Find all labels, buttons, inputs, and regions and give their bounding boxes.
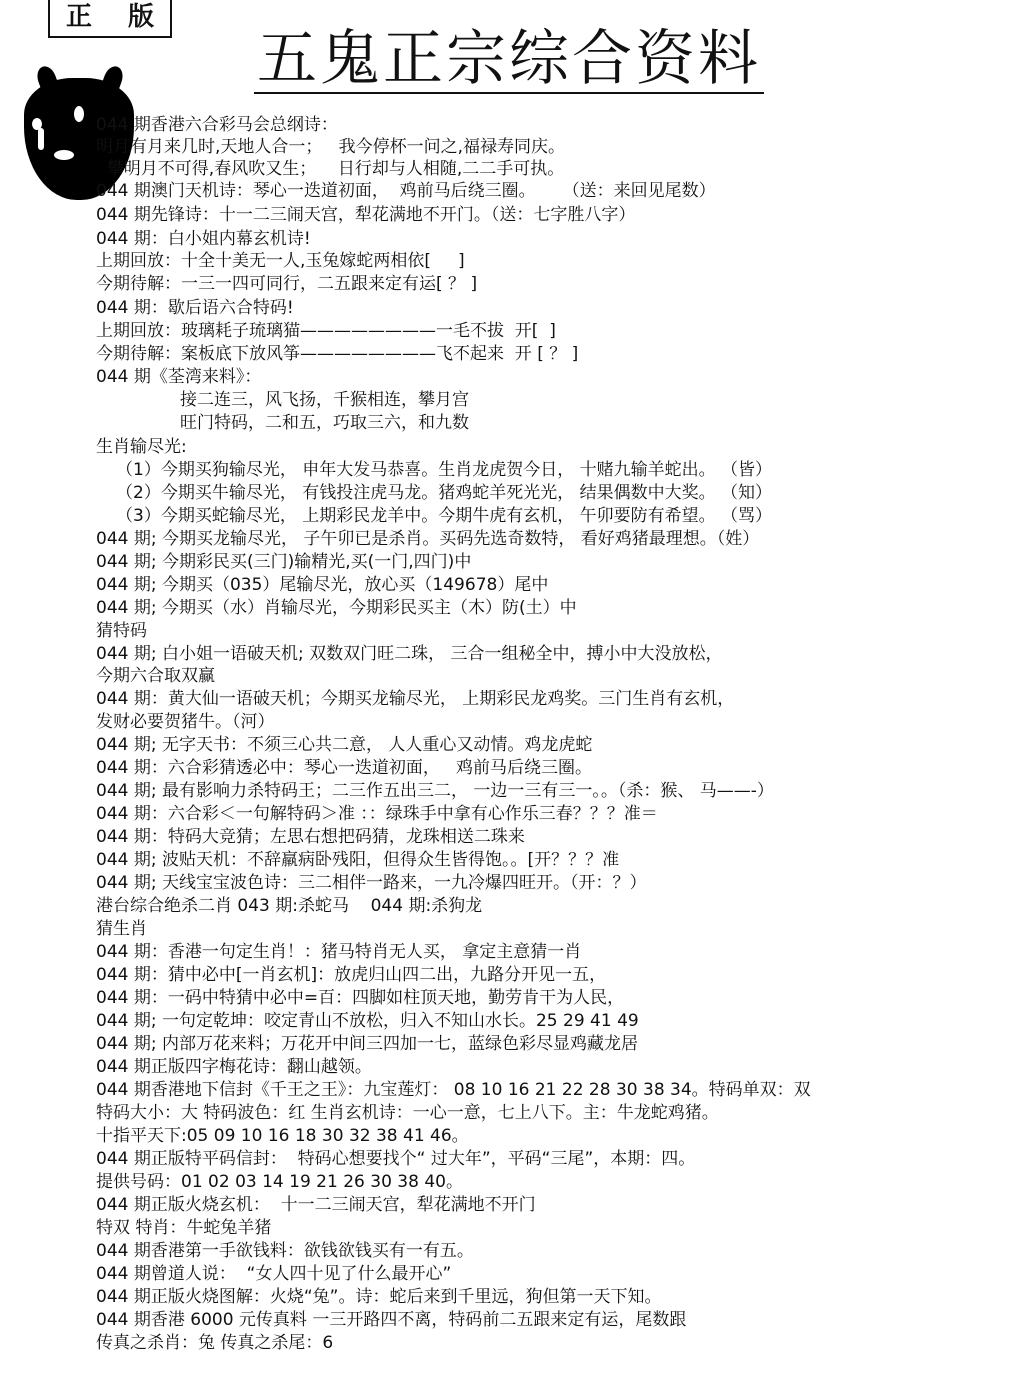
- text-line: 044 期：歇后语六合特码!: [96, 297, 294, 319]
- text-line: 明月有月来几时,天地人合一； 我今停杯一问之,福禄寿同庆。: [96, 136, 565, 158]
- text-line: 猜特码: [96, 620, 147, 642]
- text-line: 旺门特码，二和五，巧取三六，和九数: [180, 412, 469, 434]
- text-line: 提供号码：01 02 03 14 19 21 26 30 38 40。: [96, 1171, 463, 1193]
- text-line: 044 期; 今期买（水）肖输尽光，今期彩民买主（木）防(土）中: [96, 597, 577, 619]
- text-line: 攀明月不可得,春风吹又生； 日行却与人相随,二二手可执。: [96, 158, 564, 180]
- text-line: 044 期; 一句定乾坤：咬定青山不放松，归入不知山水长。25 29 41 49: [96, 1010, 639, 1032]
- text-line: 上期回放：十全十美无一人,玉兔嫁蛇两相依[ ]: [96, 250, 465, 272]
- text-line: 044 期：六合彩猜透必中：琴心一迭道初面， 鸡前马后绕三圈。: [96, 757, 592, 779]
- text-line: 猜生肖: [96, 918, 147, 940]
- text-line: 044 期：香港一句定生肖！：猪马特肖无人买， 拿定主意猜一肖: [96, 941, 581, 963]
- text-line: 044 期《荃湾来料》：: [96, 366, 261, 388]
- text-line: 生肖输尽光:: [96, 436, 187, 458]
- text-line: 十指平天下:05 09 10 16 18 30 32 38 41 46。: [96, 1125, 469, 1147]
- text-line: 发财必要贺猪牛。（河）: [96, 711, 275, 733]
- text-line: 传真之杀肖：兔 传真之杀尾：6: [96, 1332, 333, 1354]
- text-line: 044 期; 今期买（035）尾输尽光，放心买（149678）尾中: [96, 574, 548, 596]
- text-line: 044 期香港 6000 元传真料 一三开路四不离，特码前二五跟来定有运，尾数跟: [96, 1309, 686, 1331]
- text-line: 044 期：一码中特猜中必中=百：四脚如柱顶天地，勤劳肯干为人民，: [96, 987, 624, 1009]
- text-line: 今期六合取双赢: [96, 665, 215, 687]
- badge-char-1: 正: [66, 2, 92, 32]
- text-line: 港台综合绝杀二肖 043 期:杀蛇马 044 期:杀狗龙: [96, 895, 482, 917]
- text-line: 044 期; 最有影响力杀特码王；二三作五出三二， 一边一三有三一。。（杀：猴、…: [96, 780, 774, 802]
- text-line: 044 期; 今期买龙输尽光， 子午卯已是杀肖。买码先选奇数特， 看好鸡猪最理想…: [96, 528, 759, 550]
- text-line: 特码大小：大 特码波色：红 生肖玄机诗：一心一意，七上八下。主：牛龙蛇鸡猪。: [96, 1102, 719, 1124]
- text-line: 044 期; 今期彩民买(三门)输精光,买(一门,四门)中: [96, 551, 471, 573]
- text-line: 044 期正版火烧玄机： 十一二三闹天宫，犁花满地不开门: [96, 1194, 536, 1216]
- text-line: 044 期：白小姐内幕玄机诗!: [96, 228, 311, 250]
- text-line: 今期待解：案板底下放风筝————————飞不起来 开 [ ？ ]: [96, 343, 578, 365]
- text-line: 上期回放：玻璃耗子琉璃猫————————一毛不拔 开[ ]: [96, 320, 556, 342]
- text-line: 044 期; 白小姐一语破天机; 双数双门旺二珠， 三合一组秘全中，搏小中大没放…: [96, 643, 723, 665]
- text-line: （3）今期买蛇输尽光， 上期彩民龙羊中。今期牛虎有玄机， 午卯要防有希望。 （骂…: [116, 505, 772, 527]
- text-line: 044 期; 天线宝宝波色诗：三二相伴一路来，一九冷爆四旺开。（开：？）: [96, 872, 646, 894]
- text-line: 今期待解：一三一四可同行，二五跟来定有运[ ？ ]: [96, 273, 477, 295]
- text-line: 044 期曾道人说： “女人四十见了什么最开心”: [96, 1263, 451, 1285]
- text-line: 044 期：猜中必中[一肖玄机]：放虎归山四二出，九路分开见一五，: [96, 964, 606, 986]
- text-line: 044 期香港第一手欲钱料：欲钱欲钱买有一有五。: [96, 1240, 474, 1262]
- text-line: 044 期：六合彩＜一句解特码＞准 ：：绿珠手中拿有心作乐三春？？？准＝: [96, 803, 658, 825]
- text-line: 044 期香港地下信封《千王之王》：九宝莲灯： 08 10 16 21 22 2…: [96, 1079, 811, 1101]
- text-line: 044 期：黄大仙一语破天机；今期买龙输尽光， 上期彩民龙鸡奖。三门生肖有玄机，: [96, 688, 734, 710]
- text-line: 044 期正版火烧图解：火烧“兔”。诗：蛇后来到千里远，狗但第一天下知。: [96, 1286, 661, 1308]
- text-line: （1）今期买狗输尽光， 申年大发马恭喜。生肖龙虎贺今日， 十赌九输羊蛇出。 （皆…: [116, 459, 772, 481]
- text-line: （2）今期买牛输尽光， 有钱投注虎马龙。猪鸡蛇羊死光光， 结果偶数中大奖。 （知…: [116, 482, 772, 504]
- text-line: 044 期; 无字天书：不须三心共二意， 人人重心又动情。鸡龙虎蛇: [96, 734, 592, 756]
- page-title: 五鬼正宗综合资料: [254, 26, 764, 94]
- official-edition-badge: 正 版: [48, 0, 172, 38]
- text-line: 044 期香港六合彩马会总纲诗：: [96, 114, 338, 136]
- text-line: 044 期; 波贴天机：不辞羸病卧残阳，但得众生皆得饱。。[开？？？准: [96, 849, 619, 871]
- text-line: 044 期澳门天机诗：琴心一迭道初面， 鸡前马后绕三圈。 （送：来回见尾数）: [96, 180, 716, 202]
- text-line: 特双 特肖：牛蛇兔羊猪: [96, 1217, 271, 1239]
- text-line: 044 期：特码大竞猜；左思右想把码猜，龙珠相送二珠来: [96, 826, 525, 848]
- text-line: 044 期正版四字梅花诗：翻山越领。: [96, 1056, 372, 1078]
- text-line: 044 期先锋诗：十一二三闹天宫，犁花满地不开门。（送：七字胜八字）: [96, 204, 635, 226]
- text-line: 接二连三，风飞扬，千猴相连，攀月宫: [180, 389, 469, 411]
- text-line: 044 期正版特平码信封： 特码心想要找个“ 过大年”，平码“三尾”，本期：四。: [96, 1148, 695, 1170]
- text-line: 044 期; 内部万花来料；万花开中间三四加一七，蓝绿色彩尽显鸡藏龙居: [96, 1033, 638, 1055]
- badge-char-2: 版: [128, 2, 154, 32]
